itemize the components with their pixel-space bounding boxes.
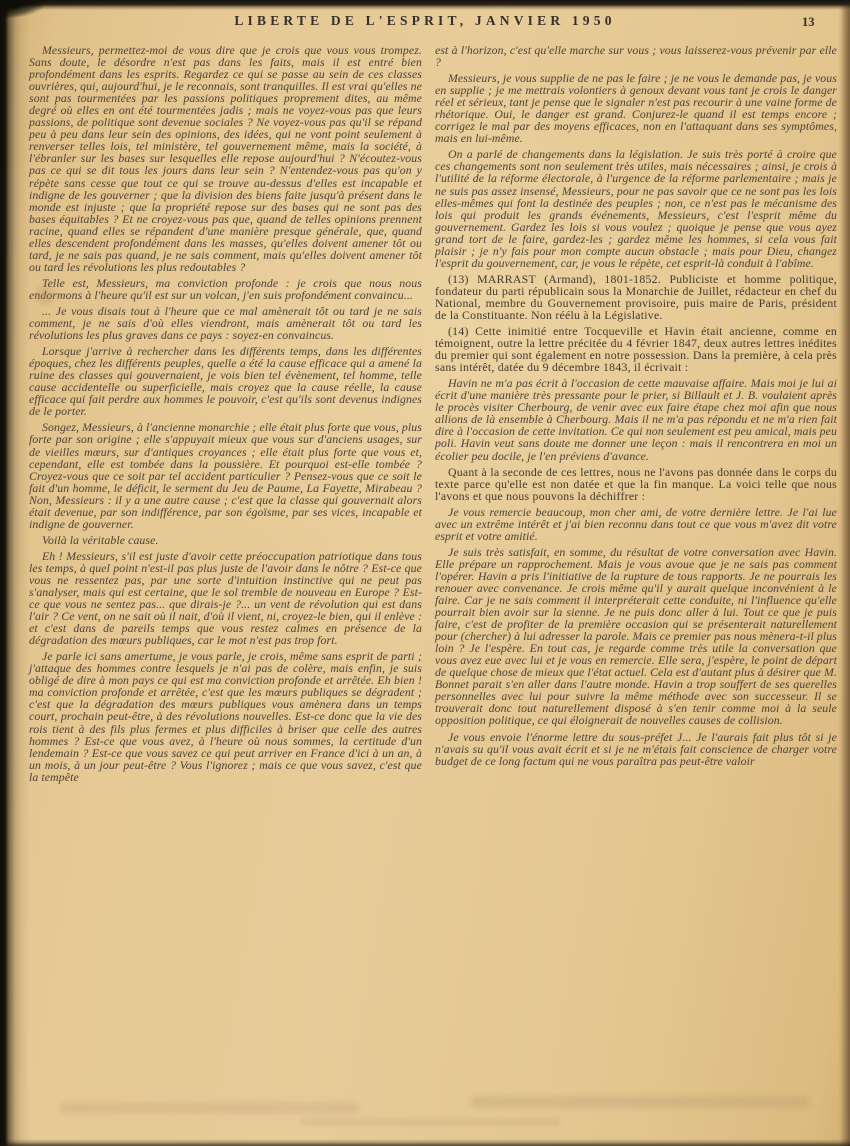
paragraph: est à l'horizon, c'est qu'elle marche su… [435,44,837,68]
paragraph: Telle est, Messieurs, ma conviction prof… [29,277,422,301]
page-number: 13 [802,15,815,30]
paragraph: (14) Cette inimitié entre Tocqueville et… [435,325,837,373]
paragraph: Messieurs, je vous supplie de ne pas le … [435,72,837,144]
paragraph: On a parlé de changements dans la législ… [435,148,837,268]
paragraph: Voilà la véritable cause. [29,534,422,546]
paragraph: Je vous remercie beaucoup, mon cher ami,… [435,506,837,542]
paragraph: Je vous envoie l'énorme lettre du sous-p… [435,731,837,767]
paper-stain [34,282,56,308]
ink-bleed-through-left [60,1102,360,1114]
scan-edge-top [0,0,850,10]
text-column-right: est à l'horizon, c'est qu'elle marche su… [435,44,837,767]
paragraph: Je suis très satisfait, en somme, du rés… [435,546,837,727]
scan-edge-bottom [0,1139,850,1146]
ink-bleed-through-right [470,1096,810,1108]
ink-bleed-through-center [300,1118,560,1126]
paragraph: (13) MARRAST (Armand), 1801-1852. Public… [435,273,837,321]
scan-edge-left [0,0,30,1146]
paragraph: Lorsque j'arrive à rechercher dans les d… [29,345,422,417]
paragraph: Je parle ici sans amertume, je vous parl… [29,650,422,783]
paragraph: ... Je vous disais tout à l'heure que ce… [29,305,422,341]
journal-running-title: LIBERTE DE L'ESPRIT, JANVIER 1950 [0,13,850,29]
paragraph: Messieurs, permettez-moi de vous dire qu… [29,44,422,273]
scan-edge-right [838,0,850,1146]
paragraph: Songez, Messieurs, à l'ancienne monarchi… [29,421,422,529]
text-column-left: Messieurs, permettez-moi de vous dire qu… [29,44,422,783]
paragraph: Quant à la seconde de ces lettres, nous … [435,466,837,502]
paragraph: Eh ! Messieurs, s'il est juste d'avoir c… [29,550,422,646]
paragraph: Havin ne m'a pas écrit à l'occasion de c… [435,377,837,461]
